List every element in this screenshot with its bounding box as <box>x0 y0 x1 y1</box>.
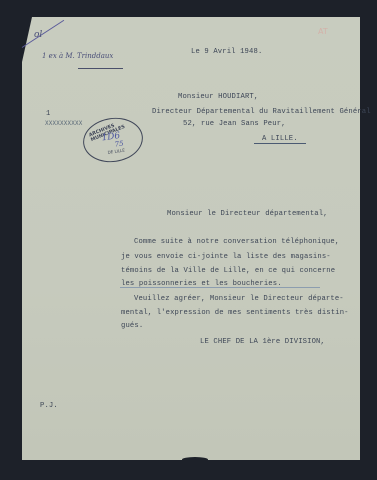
red-pencil-mark: AT <box>318 27 328 36</box>
body-line-3: témoins de la Ville de Lille, en ce qui … <box>121 267 335 275</box>
recipient-title: Directeur Départemental du Ravitaillemen… <box>152 108 371 116</box>
recipient-address: 52, rue Jean Sans Peur, <box>183 120 286 128</box>
body-line-1: Comme suite à notre conversation télépho… <box>134 238 339 246</box>
handwritten-underline <box>78 68 123 69</box>
letter-date: Le 9 Avril 1948. <box>191 48 262 56</box>
reference-number: 1 <box>46 110 50 118</box>
signature-block: LE CHEF DE LA 1ère DIVISION, <box>200 338 325 346</box>
struck-reference: XXXXXXXXXX <box>45 120 83 127</box>
recipient-city: A LILLE. <box>254 135 306 144</box>
salutation: Monsieur le Directeur départemental, <box>167 210 328 218</box>
closing-line-3: gués. <box>121 322 143 330</box>
closing-line-1: Veuillez agréer, Monsieur le Directeur d… <box>134 295 344 303</box>
handwritten-note: 1 ex à M. Trinddaux <box>42 52 113 60</box>
blue-pencil-underline <box>120 287 320 288</box>
recipient-name: Monsieur HOUDIART, <box>178 93 258 101</box>
paper-tear <box>182 457 208 462</box>
stamp-place: DE LILLE <box>107 147 125 154</box>
closing-line-2: mental, l'expression de mes sentiments t… <box>121 309 349 317</box>
body-line-2: je vous envoie ci-jointe la liste des ma… <box>121 253 331 261</box>
enclosure-mark: P.J. <box>40 402 58 410</box>
handwritten-initials: ol <box>34 30 42 40</box>
